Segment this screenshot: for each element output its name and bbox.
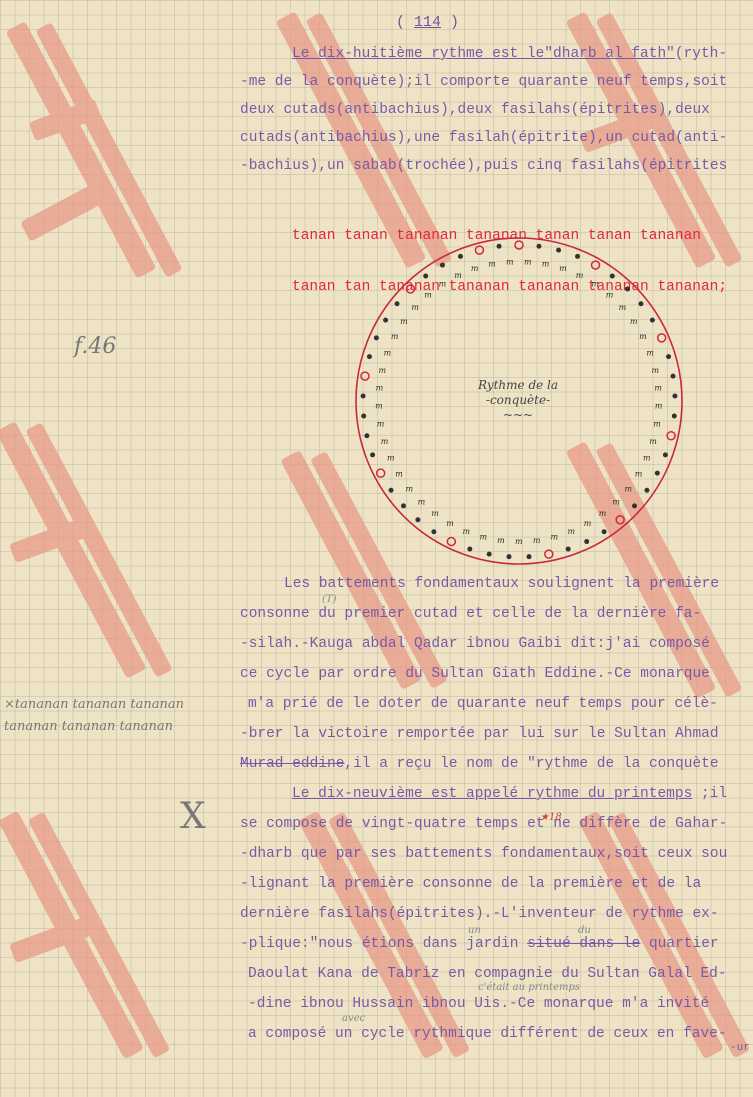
text-line: Les battements fondamentaux soulignent l… — [284, 576, 719, 592]
text-line: -lignant la première consonne de la prem… — [240, 876, 701, 892]
svg-text:m: m — [424, 290, 432, 299]
svg-text:m: m — [488, 260, 496, 269]
watermark-top-left — [10, 0, 190, 310]
pencil-note-printemps: c'était au printemps — [478, 982, 580, 993]
svg-text:m: m — [462, 527, 470, 536]
text-line: se compose de vingt-quatre temps et ne d… — [240, 816, 727, 832]
svg-text:m: m — [643, 454, 651, 463]
svg-text:m: m — [568, 527, 576, 536]
svg-text:m: m — [524, 257, 532, 266]
text-line: cutads(antibachius),une fasilah(épitrite… — [240, 130, 727, 146]
text-line: consonne du premier cutad et celle de la… — [240, 606, 701, 622]
watermark-bottom-left — [0, 800, 180, 1090]
text-line: deux cutads(antibachius),deux fasilahs(é… — [240, 102, 710, 118]
continuation-mark: -ur — [730, 1042, 750, 1054]
text-line: -dharb que par ses battements fondamenta… — [240, 846, 727, 862]
svg-text:m: m — [606, 290, 614, 299]
watermark-mid-left — [0, 410, 180, 710]
page-number: ( 114 ) — [396, 14, 459, 31]
svg-text:m: m — [630, 317, 638, 326]
text-line: -brer la victoire remportée par lui sur … — [240, 726, 719, 742]
text-line: m'a prié de le doter de quarante neuf te… — [248, 696, 718, 712]
svg-text:m: m — [479, 532, 487, 541]
margin-syllables: ×tananan tananan tananan tananan tananan… — [4, 694, 184, 738]
svg-text:m: m — [431, 509, 439, 518]
folio-number: f.46 — [74, 334, 116, 359]
text-line: -me de la conquète);il comporte quarante… — [240, 74, 727, 90]
svg-text:m: m — [533, 536, 541, 545]
svg-text:m: m — [651, 366, 659, 375]
svg-text:m: m — [406, 484, 414, 493]
svg-text:m: m — [387, 454, 395, 463]
pencil-insert-du: du — [578, 925, 591, 936]
svg-text:m: m — [418, 498, 426, 507]
text-line: a composé un cycle rythmique différent d… — [248, 1026, 727, 1042]
text-line: ce cycle par ordre du Sultan Giath Eddin… — [240, 666, 710, 682]
margin-cross-mark: X — [180, 796, 206, 837]
svg-text:m: m — [395, 470, 403, 479]
svg-text:m: m — [584, 519, 592, 528]
text-line: -bachius),un sabab(trochée),puis cinq fa… — [240, 158, 727, 174]
svg-text:m: m — [576, 271, 584, 280]
svg-text:m: m — [377, 419, 385, 428]
paragraph-18: Le dix-huitième rythme est le"dharb al f… — [240, 46, 750, 186]
svg-text:m: m — [655, 401, 663, 410]
paragraph-19-heading: Le dix-neuvième est appelé rythme du pri… — [292, 786, 727, 802]
svg-text:m: m — [506, 257, 514, 266]
svg-text:m: m — [646, 349, 654, 358]
svg-text:m: m — [619, 303, 627, 312]
svg-text:m: m — [559, 264, 567, 273]
svg-text:m: m — [653, 419, 661, 428]
svg-text:m: m — [471, 264, 479, 273]
svg-text:m: m — [624, 484, 632, 493]
svg-text:m: m — [379, 366, 387, 375]
text-line: dernière fasilahs(épitrites).-L'inventeu… — [240, 906, 719, 922]
svg-text:m: m — [400, 317, 408, 326]
svg-text:m: m — [439, 280, 447, 289]
svg-text:m: m — [376, 384, 384, 393]
text-line-with-strike: -plique:"nous étions dans jardin situé d… — [240, 936, 719, 952]
svg-text:m: m — [649, 437, 657, 446]
text-line: -dine ibnou Hussain ibnou Uis.-Ce monarq… — [248, 996, 709, 1012]
svg-text:m: m — [391, 332, 399, 341]
svg-text:m: m — [384, 349, 392, 358]
svg-text:m: m — [599, 509, 607, 518]
text-line: -silah.-Kauga abdal Qadar ibnou Gaibi di… — [240, 636, 710, 652]
paragraph-18-heading: Le dix-huitième rythme est le"dharb al f… — [292, 46, 727, 62]
svg-text:m: m — [542, 260, 550, 269]
svg-text:m: m — [454, 271, 462, 280]
svg-text:m: m — [375, 401, 383, 410]
svg-text:m: m — [654, 384, 662, 393]
svg-text:m: m — [639, 332, 647, 341]
svg-text:m: m — [591, 280, 599, 289]
star-note: ★18 — [540, 812, 562, 823]
paragraph-19: Le dix-neuvième est appelé rythme du pri… — [240, 786, 750, 1086]
svg-text:m: m — [411, 303, 419, 312]
text-line-with-strike: Murad eddine,il a reçu le nom de "rythme… — [240, 756, 719, 772]
svg-text:m: m — [635, 470, 643, 479]
pencil-insert-un: un — [468, 925, 481, 936]
svg-text:m: m — [381, 437, 389, 446]
annotation-T: (T) — [322, 594, 336, 605]
svg-text:m: m — [446, 519, 454, 528]
svg-text:m: m — [515, 537, 523, 546]
text-line: Daoulat Kana de Tabriz en compagnie du S… — [248, 966, 727, 982]
svg-text:m: m — [612, 498, 620, 507]
paragraph-18-continued: Les battements fondamentaux soulignent l… — [240, 576, 750, 786]
svg-text:m: m — [551, 532, 559, 541]
pencil-insert-avec: avec — [342, 1013, 365, 1024]
svg-text:m: m — [497, 536, 505, 545]
circle-label: Rythme de la -conquète- ~~~ — [478, 378, 558, 423]
